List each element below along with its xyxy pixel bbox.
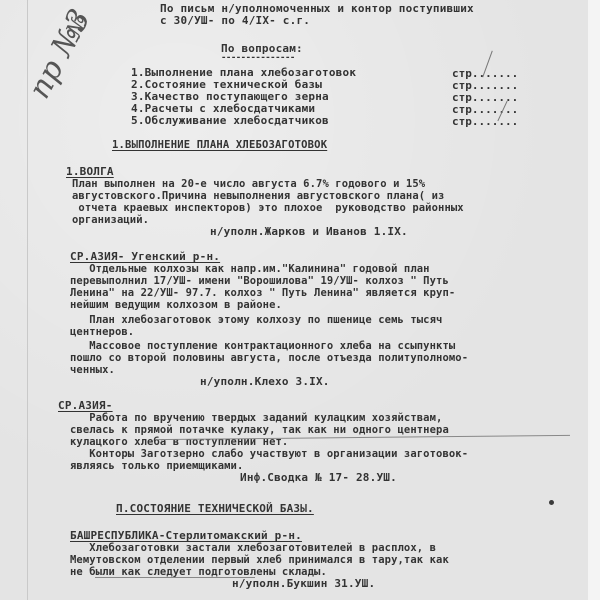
- paragraph-line: Конторы Заготзерно слабо участвуют в орг…: [70, 448, 468, 460]
- paragraph-line: являясь только приемщиками.: [70, 460, 243, 472]
- paragraph-line: ченных.: [70, 364, 115, 376]
- paragraph-line: Работа по вручению твердых заданий кулац…: [70, 412, 442, 424]
- region-heading-central-asia: СР.АЗИЯ- Угенский р-н.: [70, 251, 220, 263]
- intro-line-2: с 30/УШ- по 4/IX- с.г.: [160, 15, 310, 27]
- signature-line: Инф.Сводка № 17- 28.УШ.: [240, 472, 397, 484]
- section-2-title: П.СОСТОЯНИЕ ТЕХНИЧЕСКОЙ БАЗЫ.: [116, 503, 314, 515]
- signature-line: н/уполн.Жарков и Иванов 1.IХ.: [210, 226, 408, 238]
- paragraph-line: План выполнен на 20-е число августа 6.7%…: [72, 178, 425, 190]
- region-heading-central-asia-2: СР.АЗИЯ-: [58, 400, 113, 412]
- paragraph-line: пошло со второй половины августа, после …: [70, 352, 468, 364]
- paragraph-line: центнеров.: [70, 326, 134, 338]
- paragraph-line: Массовое поступление контрактационного х…: [70, 340, 455, 352]
- paragraph-line: Ленина" на 22/УШ- 97.7. колхоз " Путь Ле…: [70, 287, 455, 299]
- section-1-title: 1.ВЫПОЛНЕНИЕ ПЛАНА ХЛЕБОЗАГОТОВОК: [112, 139, 327, 151]
- pencil-underline: [95, 577, 255, 578]
- paragraph-line: Мемутовском отделении первый хлеб приним…: [70, 554, 449, 566]
- paragraph-line: План хлебозаготовок этому колхозу по пше…: [70, 314, 442, 326]
- page-edge: [588, 0, 600, 600]
- region-heading-bashkiria: БАШРЕСПУБЛИКА-Стерлитомакский р-н.: [70, 530, 302, 542]
- ink-speck: [549, 500, 554, 505]
- paragraph-line: перевыполнил 17/УШ- имени "Ворошилова" 1…: [70, 275, 449, 287]
- signature-line: н/уполн.Клехо 3.IХ.: [200, 376, 330, 388]
- paragraph-line: организаций.: [72, 214, 149, 226]
- paragraph-line: свелась к прямой потачке кулаку, так как…: [70, 424, 449, 436]
- topics-rule: ---------------: [221, 52, 295, 64]
- paragraph-line: Отдельные колхозы как напр.им."Калинина"…: [70, 263, 430, 275]
- paragraph-line: нейшим ведущим колхозом в районе.: [70, 299, 282, 311]
- signature-line: н/уполн.Букшин 31.УШ.: [232, 578, 375, 590]
- paragraph-line: августовского.Причина невыполнения авгус…: [72, 190, 444, 202]
- toc-page-5: стр.......: [452, 115, 518, 128]
- paragraph-line: отчета краевых инспекторов) это плохое р…: [72, 202, 464, 214]
- toc-item-5: 5.Обслуживание хлебосдатчиков: [131, 115, 329, 127]
- region-heading-volga: 1.ВОЛГА: [66, 166, 114, 178]
- paragraph-line: Хлебозаготовки застали хлебозаготовителе…: [70, 542, 436, 554]
